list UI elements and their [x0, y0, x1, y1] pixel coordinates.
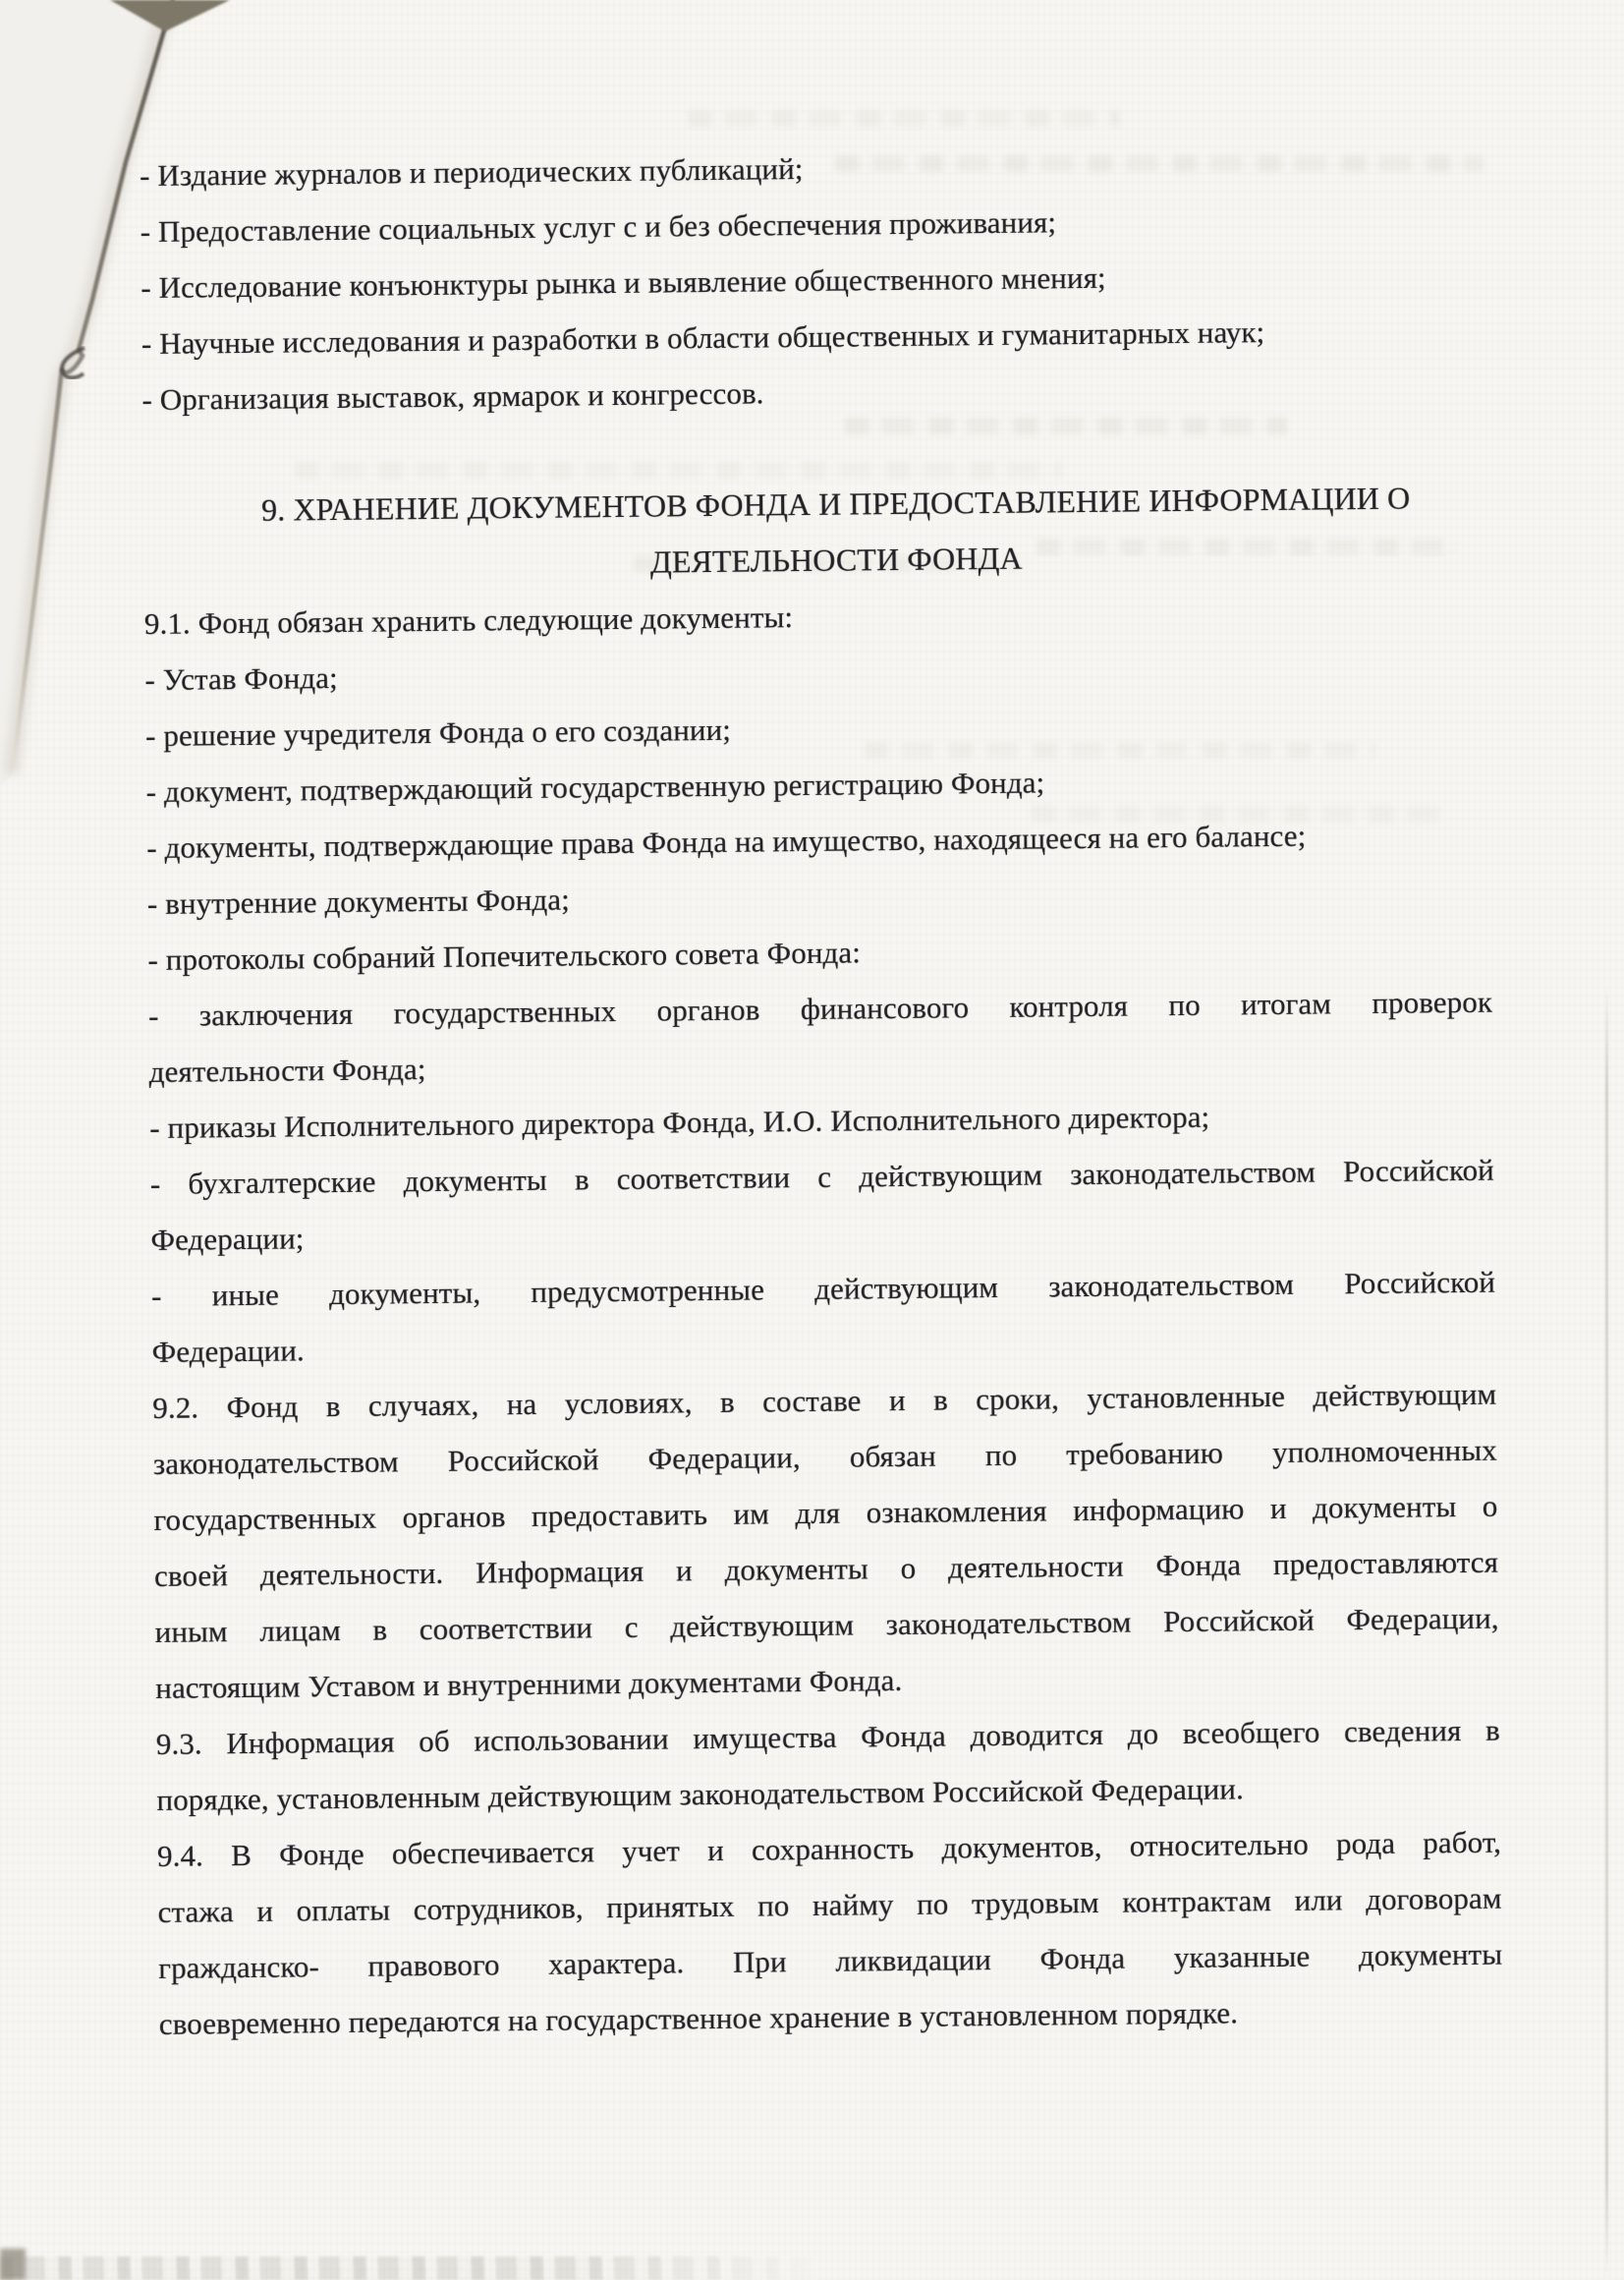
- right-edge-scan-line: [1605, 983, 1608, 2280]
- scanned-document-page: - Издание журналов и периодических публи…: [0, 0, 1624, 2280]
- scanner-background-corner: [110, 0, 230, 31]
- bleed-through-text: [688, 110, 1120, 127]
- bottom-smudge-band: [0, 2256, 815, 2280]
- bottom-smudge-speck: [0, 2249, 26, 2280]
- document-text-column: - Издание журналов и периодических публи…: [140, 134, 1503, 2052]
- page-tear-notch: [62, 348, 84, 377]
